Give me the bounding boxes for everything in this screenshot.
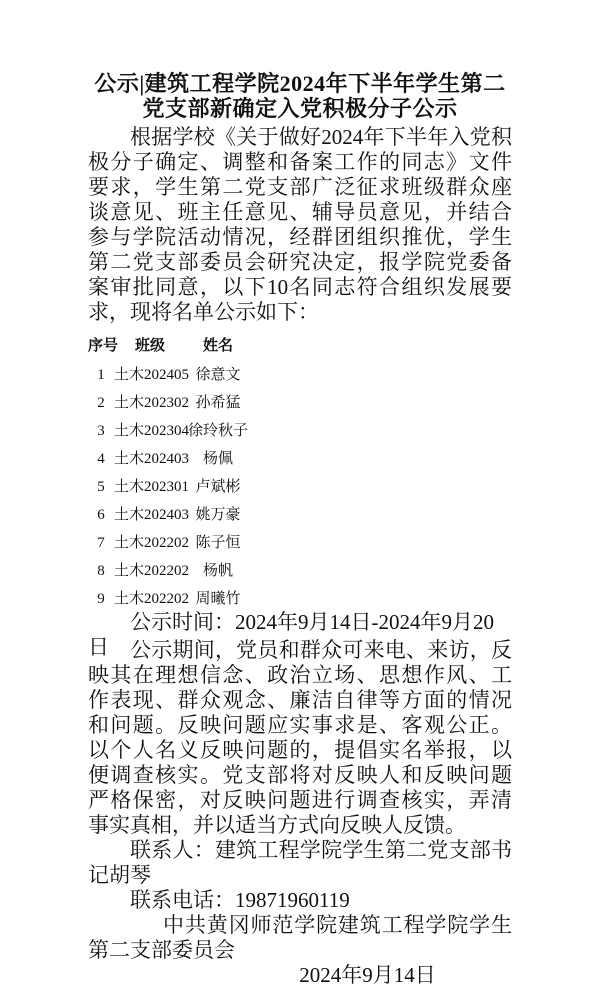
header-name: 姓名 <box>186 332 250 361</box>
header-seq: 序号 <box>88 332 114 361</box>
row-class: 土木202403 <box>114 501 186 529</box>
page-title-line-1: 公示|建筑工程学院2024年下半年学生第二 <box>88 71 512 96</box>
period-paragraph: 公示期间，党员和群众可来电、来访，反 映其在理想信念、政治立场、思想作风、工 作… <box>88 638 512 838</box>
row-name: 陈子恒 <box>186 529 250 557</box>
row-class: 土木202405 <box>114 361 186 389</box>
table-row: 6 土木202403 姚万豪 <box>88 501 512 529</box>
intro-line-3: 要求，学生第二党支部广泛征求班级群众座 <box>88 175 512 200</box>
table-row: 8 土木202202 杨帆 <box>88 557 512 585</box>
table-row: 3 土木202304 徐玲秋子 <box>88 417 512 445</box>
intro-line-8: 求，现将名单公示如下： <box>88 300 512 325</box>
row-name: 杨帆 <box>186 557 250 585</box>
period-line-3: 作表现、群众观念、廉洁自律等方面的情况 <box>88 688 512 713</box>
signature-block: 中共黄冈师范学院建筑工程学院学生 第二支部委员会 <box>88 913 512 963</box>
period-line-8: 事实真相，并以适当方式向反映人反馈。 <box>88 813 512 838</box>
table-row: 9 土木202202 周曦竹 <box>88 585 512 613</box>
period-line-6: 便调查核实。党支部将对反映人和反映问题 <box>88 763 512 788</box>
row-name: 徐玲秋子 <box>186 417 250 445</box>
row-no: 7 <box>88 529 114 557</box>
signature-line-1: 中共黄冈师范学院建筑工程学院学生 <box>88 913 512 938</box>
row-class: 土木202302 <box>114 389 186 417</box>
table-row: 5 土木202301 卢斌彬 <box>88 473 512 501</box>
row-class: 土木202304 <box>114 417 186 445</box>
row-name: 周曦竹 <box>186 585 250 613</box>
row-name: 孙希猛 <box>186 389 250 417</box>
row-class: 土木202301 <box>114 473 186 501</box>
page-title: 公示|建筑工程学院2024年下半年学生第二 党支部新确定入党积极分子公示 <box>88 71 512 121</box>
page-title-line-2: 党支部新确定入党积极分子公示 <box>88 96 512 121</box>
period-line-4: 和问题。反映问题应实事求是、客观公正。 <box>88 713 512 738</box>
intro-line-6: 第二党支部委员会研究决定，报学院党委备 <box>88 250 512 275</box>
row-no: 4 <box>88 445 114 473</box>
table-row: 2 土木202302 孙希猛 <box>88 389 512 417</box>
row-no: 3 <box>88 417 114 445</box>
intro-line-4: 谈意见、班主任意见、辅导员意见，并结合 <box>88 200 512 225</box>
row-no: 2 <box>88 389 114 417</box>
intro-line-1: 根据学校《关于做好2024年下半年入党积 <box>88 125 512 150</box>
contact-line-1: 联系人：建筑工程学院学生第二党支部书 <box>88 838 512 863</box>
intro-line-2: 极分子确定、调整和备案工作的同志》文件 <box>88 150 512 175</box>
row-name: 卢斌彬 <box>186 473 250 501</box>
signature-line-2: 第二支部委员会 <box>88 938 512 963</box>
table-row: 4 土木202403 杨佩 <box>88 445 512 473</box>
intro-line-5: 参与学院活动情况，经群团组织推优，学生 <box>88 225 512 250</box>
notice-period-line: 公示时间：2024年9月14日-2024年9月20日 <box>88 610 512 635</box>
intro-paragraph: 根据学校《关于做好2024年下半年入党积 极分子确定、调整和备案工作的同志》文件… <box>88 125 512 325</box>
period-line-2: 映其在理想信念、政治立场、思想作风、工 <box>88 663 512 688</box>
row-no: 5 <box>88 473 114 501</box>
row-no: 6 <box>88 501 114 529</box>
contact-phone-line: 联系电话：19871960119 <box>88 888 512 913</box>
row-name: 杨佩 <box>186 445 250 473</box>
table-row: 1 土木202405 徐意文 <box>88 361 512 389</box>
header-class: 班级 <box>114 332 186 361</box>
row-no: 8 <box>88 557 114 585</box>
row-class: 土木202202 <box>114 529 186 557</box>
period-line-7: 严格保密，对反映问题进行调查核实，弄清 <box>88 788 512 813</box>
intro-line-7: 案审批同意，以下10名同志符合组织发展要 <box>88 275 512 300</box>
row-class: 土木202403 <box>114 445 186 473</box>
row-name: 姚万豪 <box>186 501 250 529</box>
table-header-row: 序号 班级 姓名 <box>88 332 512 361</box>
contact-line-2: 记胡琴 <box>88 863 512 888</box>
contact-paragraph: 联系人：建筑工程学院学生第二党支部书 记胡琴 <box>88 838 512 888</box>
row-name: 徐意文 <box>186 361 250 389</box>
table-row: 7 土木202202 陈子恒 <box>88 529 512 557</box>
row-class: 土木202202 <box>114 557 186 585</box>
period-line-5: 以个人名义反映问题的，提倡实名举报，以 <box>88 738 512 763</box>
candidate-table: 序号 班级 姓名 1 土木202405 徐意文 2 土木202302 孙希猛 3… <box>88 332 512 613</box>
period-line-1: 公示期间，党员和群众可来电、来访，反 <box>88 638 512 663</box>
row-no: 9 <box>88 585 114 613</box>
row-class: 土木202202 <box>114 585 186 613</box>
announcement-document: 公示|建筑工程学院2024年下半年学生第二 党支部新确定入党积极分子公示 根据学… <box>0 0 599 997</box>
row-no: 1 <box>88 361 114 389</box>
date-line: 2024年9月14日 <box>88 963 512 988</box>
